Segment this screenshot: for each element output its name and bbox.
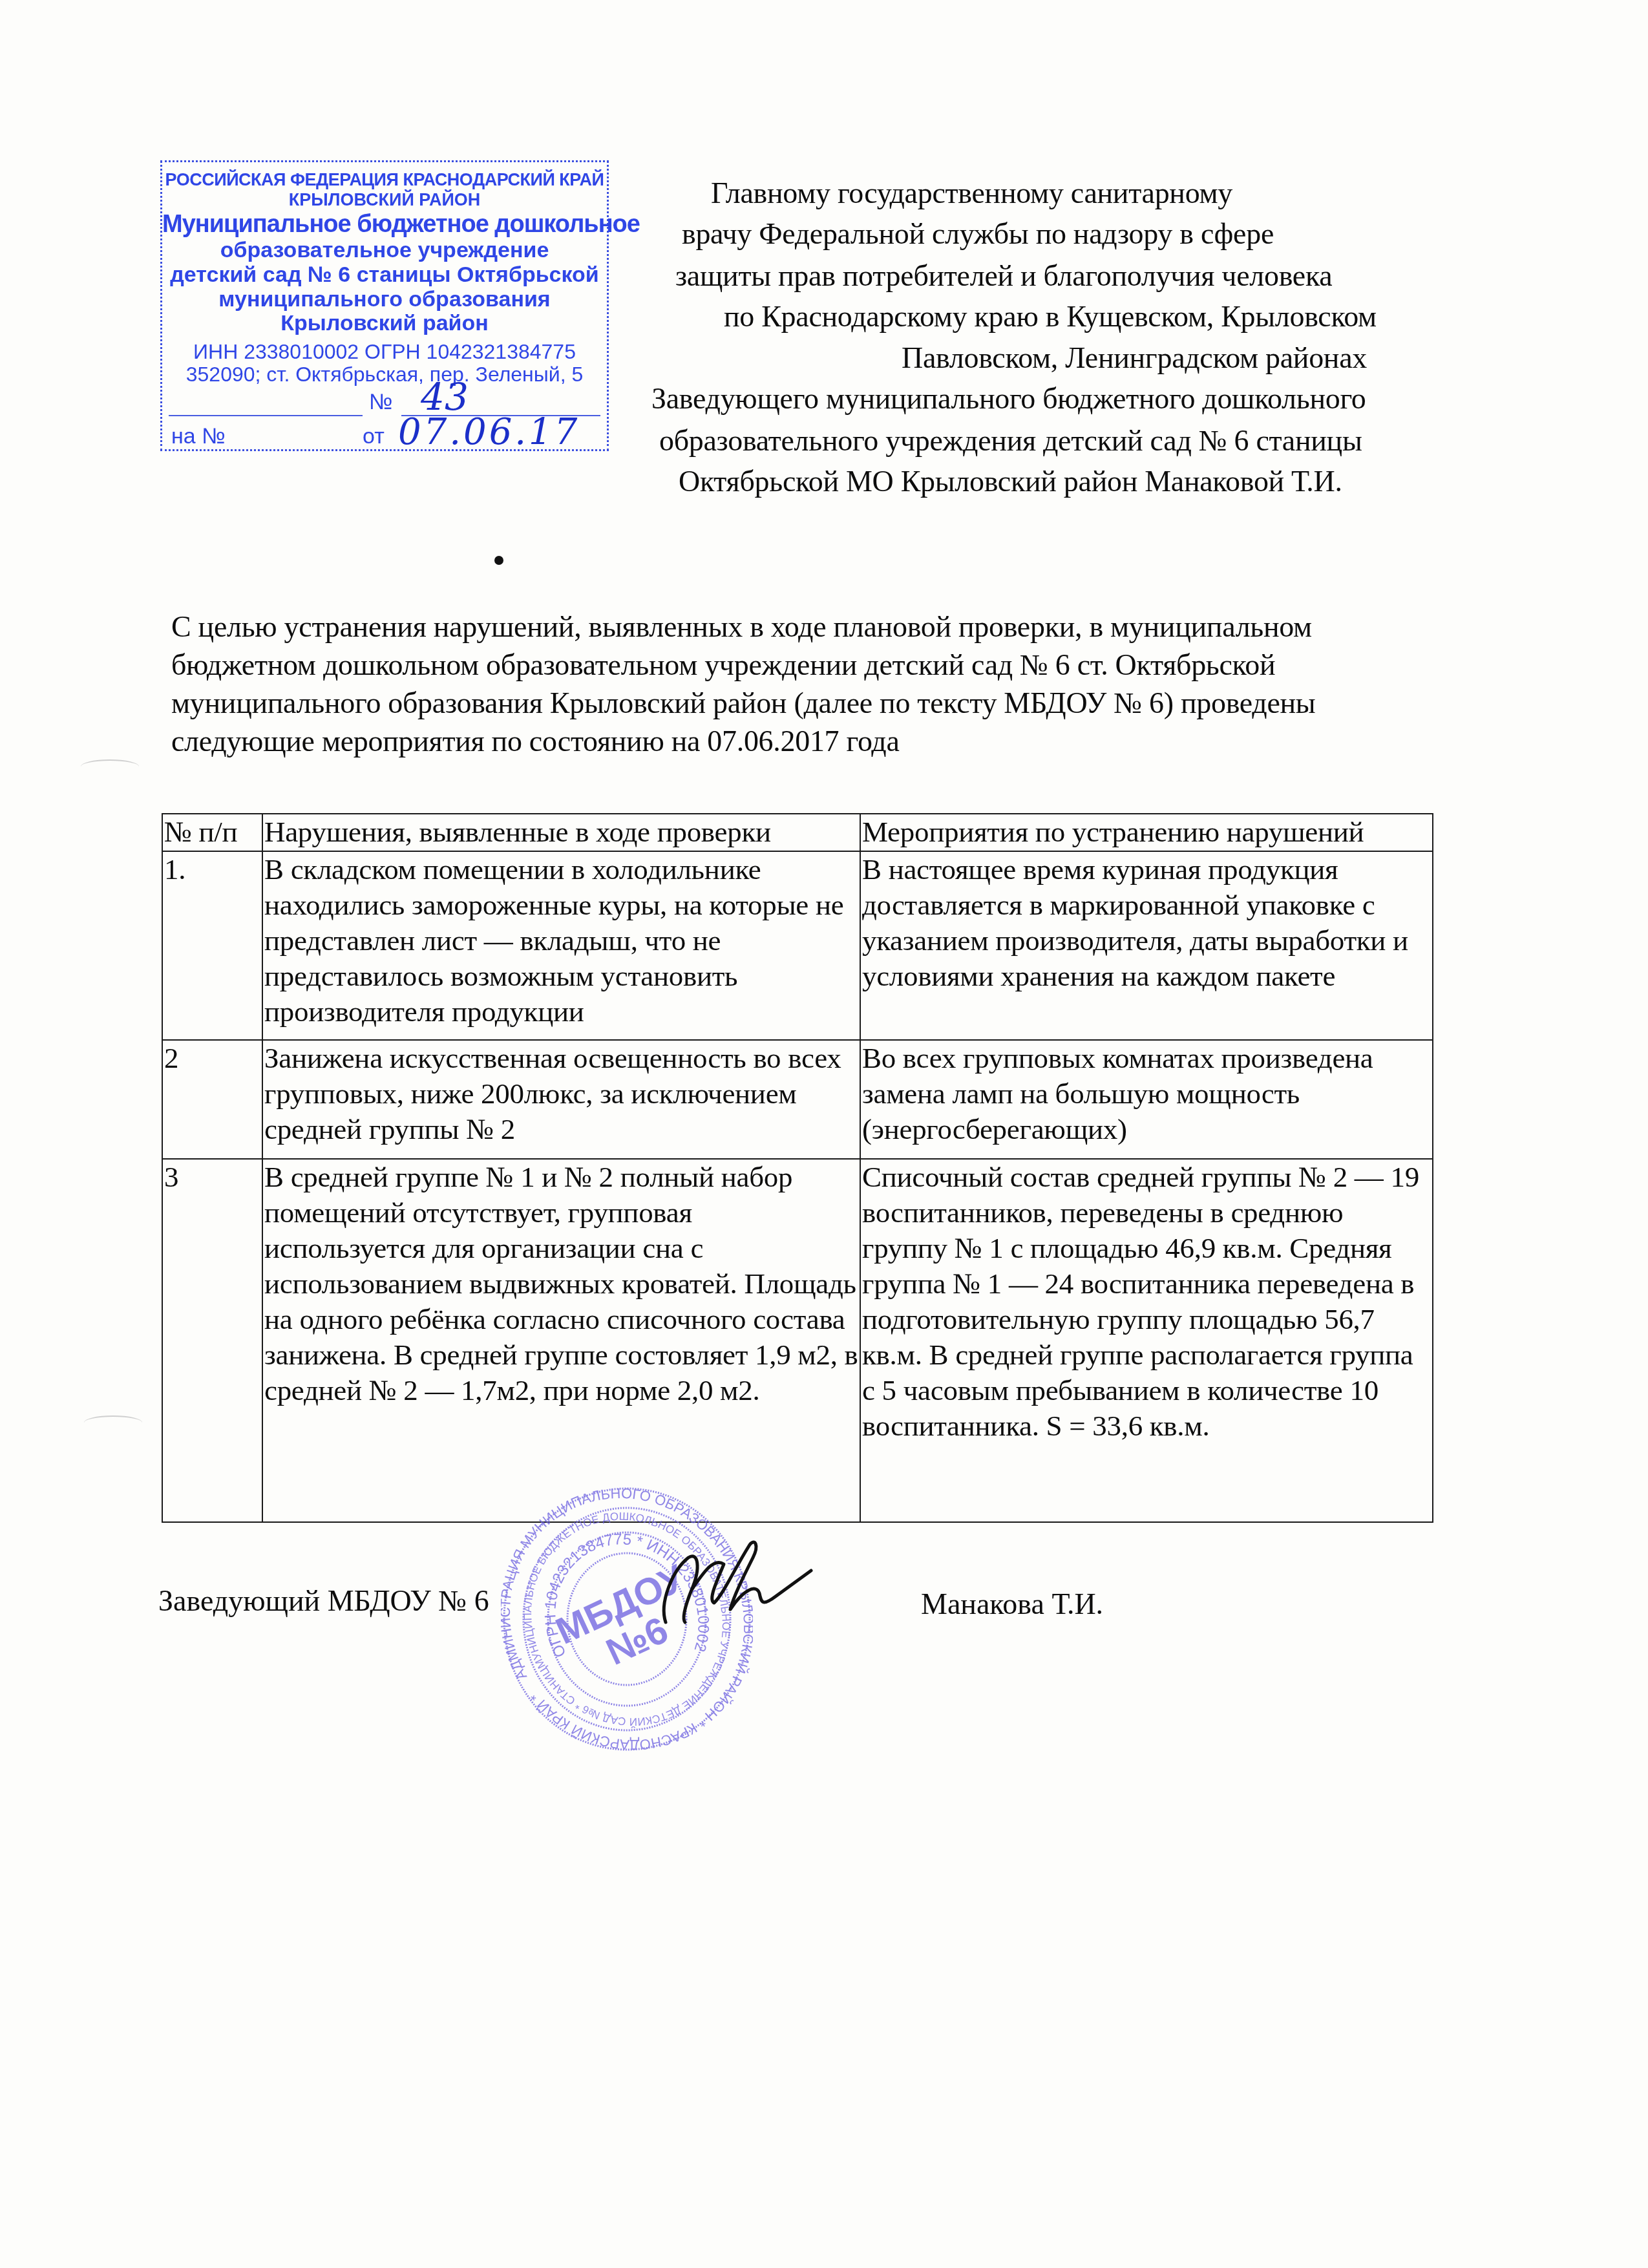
stamp-line: КРЫЛОВСКИЙ РАЙОН bbox=[162, 190, 607, 210]
addressee-line: образовательного учреждения детский сад … bbox=[659, 423, 1362, 458]
underline bbox=[169, 415, 363, 416]
header-measure: Мероприятия по устранению нарушений bbox=[860, 814, 1433, 851]
stamp-line: ИНН 2338010002 ОГРН 1042321384775 bbox=[162, 340, 607, 364]
signature-icon bbox=[653, 1532, 814, 1635]
violations-table: № п/п Нарушения, выявленные в ходе прове… bbox=[162, 813, 1433, 1523]
addressee-line: врачу Федеральной службы по надзору в сф… bbox=[682, 217, 1274, 251]
stamp-line: образовательное учреждение bbox=[162, 238, 607, 263]
ink-speck bbox=[494, 556, 503, 565]
stamp-line: РОССИЙСКАЯ ФЕДЕРАЦИЯ КРАСНОДАРСКИЙ КРАЙ bbox=[162, 170, 607, 190]
row-measure: В настоящее время куриная продукция дост… bbox=[860, 851, 1433, 1040]
signatory-title: Заведующий МБДОУ № 6 bbox=[158, 1584, 489, 1618]
addressee-line: Павловском, Ленинградском районах bbox=[902, 341, 1367, 375]
row-measure: Списочный состав средней группы № 2 — 19… bbox=[860, 1159, 1433, 1522]
table-row: 3 В средней группе № 1 и № 2 полный набо… bbox=[162, 1159, 1433, 1522]
header-violation: Нарушения, выявленные в ходе проверки bbox=[262, 814, 860, 851]
addressee-line: по Краснодарскому краю в Кущевском, Крыл… bbox=[724, 299, 1377, 334]
intro-paragraph: С целью устранения нарушений, выявленных… bbox=[171, 608, 1438, 760]
row-measure: Во всех групповых комнатах произведена з… bbox=[860, 1040, 1433, 1159]
addressee-line: Главному государственному санитарному bbox=[711, 176, 1232, 210]
header-number: № п/п bbox=[162, 814, 262, 851]
date-label: от bbox=[363, 424, 385, 449]
institution-stamp: РОССИЙСКАЯ ФЕДЕРАЦИЯ КРАСНОДАРСКИЙ КРАЙ … bbox=[160, 160, 609, 451]
row-violation: Занижена искусственная освещенность во в… bbox=[262, 1040, 860, 1159]
intro-line: С целью устранения нарушений, выявленных… bbox=[171, 608, 1438, 646]
ref-label: на № bbox=[171, 424, 226, 449]
table-row: 2 Занижена искусственная освещенность во… bbox=[162, 1040, 1433, 1159]
stamp-line: Муниципальное бюджетное дошкольное bbox=[162, 211, 607, 238]
outgoing-date: 07.06.17 bbox=[398, 411, 580, 453]
stamp-date-row: на № от 07.06.17 bbox=[169, 421, 600, 450]
intro-line: следующие мероприятия по состоянию на 07… bbox=[171, 722, 1438, 760]
table-header-row: № п/п Нарушения, выявленные в ходе прове… bbox=[162, 814, 1433, 851]
row-number: 3 bbox=[162, 1159, 262, 1522]
number-label: № bbox=[369, 390, 392, 415]
stamp-line: Крыловский район bbox=[162, 311, 607, 336]
stamp-line: муниципального образования bbox=[162, 287, 607, 312]
row-number: 1. bbox=[162, 851, 262, 1040]
row-number: 2 bbox=[162, 1040, 262, 1159]
intro-line: бюджетном дошкольном образовательном учр… bbox=[171, 646, 1438, 684]
punch-mark bbox=[81, 759, 139, 774]
stamp-line: 352090; ст. Октябрьская, пер. Зеленый, 5 bbox=[162, 363, 607, 387]
addressee-line: защиты прав потребителей и благополучия … bbox=[675, 259, 1332, 293]
table-row: 1. В складском помещении в холодильнике … bbox=[162, 851, 1433, 1040]
stamp-line: детский сад № 6 станицы Октябрьской bbox=[162, 262, 607, 288]
addressee-line: Заведующего муниципального бюджетного до… bbox=[651, 381, 1366, 416]
punch-mark bbox=[84, 1415, 142, 1430]
addressee-line: Октябрьской МО Крыловский район Манаково… bbox=[679, 464, 1342, 498]
row-violation: В складском помещении в холодильнике нах… bbox=[262, 851, 860, 1040]
row-violation: В средней группе № 1 и № 2 полный набор … bbox=[262, 1159, 860, 1522]
intro-line: муниципального образования Крыловский ра… bbox=[171, 684, 1438, 722]
signatory-name: Манакова Т.И. bbox=[921, 1587, 1103, 1621]
